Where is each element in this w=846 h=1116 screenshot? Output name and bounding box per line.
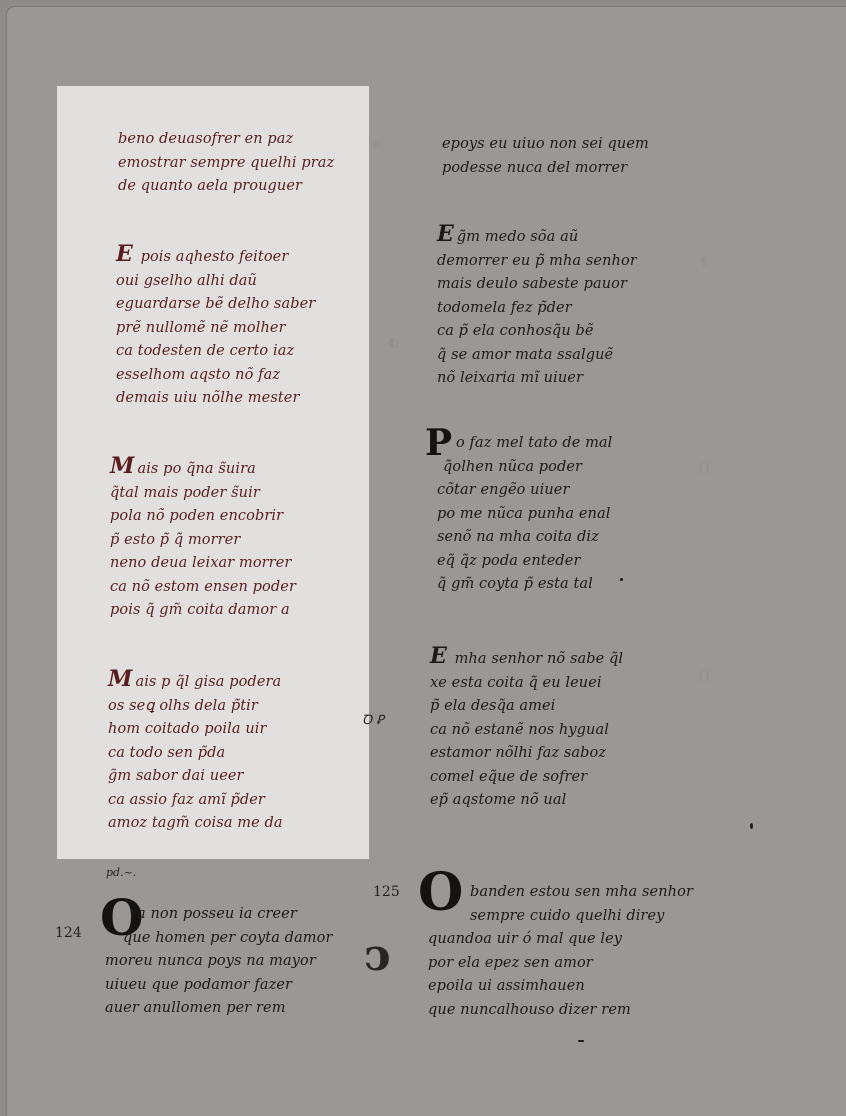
verse-line: sempre cuido quelhi direy [428, 905, 693, 929]
verse-line: po me nũca punha enal [437, 503, 612, 527]
right-stanza-2: Eg̃m medo sõa aũ demorrer eu p̃ mha senh… [437, 223, 637, 391]
verse-line: banden estou sen mha senhor [428, 881, 693, 905]
verse-line: ra non posseu ia creer [105, 903, 333, 927]
verse-line: q̃tal mais poder s̃uir [110, 482, 296, 506]
verse-line: que homen per coyta damor [105, 927, 333, 951]
verse-line: E mha senhor nõ sabe q̃l [430, 645, 623, 672]
verse-line: E pois aqhesto feitoer [116, 243, 315, 270]
stanza-initial: E [437, 221, 454, 247]
verse-line: moreu nunca poys na mayor [105, 950, 333, 974]
verse-line: emostrar sempre quelhi praz [118, 152, 334, 176]
verse-line: todomela fez p̃der [437, 297, 637, 321]
verse-line: epoila ui assimhauen [428, 975, 693, 999]
flourish-ornament: ↄ [364, 930, 391, 981]
verse-line: Eg̃m medo sõa aũ [437, 223, 637, 250]
verse-line: oui gselho alhi daũ [116, 270, 315, 294]
verse-line: o faz mel tato de mal [437, 432, 612, 456]
verse-line: beno deuasofrer en paz [118, 128, 334, 152]
verse-line: demais uiu nõlhe mester [116, 387, 315, 411]
stanza-initial: E [430, 643, 447, 669]
verse-line: Mais po q̃na s̃uira [110, 455, 296, 482]
verse-line: uiueu que podamor fazer [105, 974, 333, 998]
stanza-initial: E [116, 241, 133, 267]
verse-line: eguardarse bẽ delho saber [116, 293, 315, 317]
verse-line: os seꝗ olhs dela p̃tir [108, 695, 283, 719]
show-through-mark: ¶ [700, 255, 708, 269]
verse-line: q̃ se amor mata ssalguẽ [437, 344, 637, 368]
verse-line: q̃olhen nũca poder [437, 456, 612, 480]
verse-line: senõ na mha coita diz [437, 526, 612, 550]
verse-line: ca p̃ ela conhosq̃u bẽ [437, 320, 637, 344]
verse-line: ca nõ estom ensen poder [110, 576, 296, 600]
stanza-initial: M [108, 666, 132, 692]
right-stanza-4: E mha senhor nõ sabe q̃l xe esta coita q… [430, 645, 623, 813]
verse-line: ca assio faz amĩ p̃der [108, 789, 283, 813]
verse-line: prẽ nullomẽ nẽ molher [116, 317, 315, 341]
verse-line: cõtar engẽo uiuer [437, 479, 612, 503]
verse-line: por ela epez sen amor [428, 952, 693, 976]
poem-number-124: 124 [55, 925, 82, 941]
verse-line: p̃ ela desq̃a amei [430, 695, 623, 719]
verse-line: comel eq̃ue de sofrer [430, 766, 623, 790]
marginal-note: pd.~. [106, 866, 136, 879]
verse-line: hom coitado poila uir [108, 718, 283, 742]
left-stanza-4: Mais p q̃l gisa podera os seꝗ olhs dela … [108, 668, 283, 836]
verse-line: epoys eu uiuo non sei quem [442, 133, 649, 157]
verse-line: Mais p q̃l gisa podera [108, 668, 283, 695]
ink-dot [750, 823, 753, 829]
left-stanza-3: Mais po q̃na s̃uira q̃tal mais poder s̃u… [110, 455, 296, 623]
stanza-initial: M [110, 453, 134, 479]
verse-line: ca todo sen p̃da [108, 742, 283, 766]
verse-line: estamor nõlhi faz saboz [430, 742, 623, 766]
verse-line: mais deulo sabeste pauor [437, 273, 637, 297]
verse-line: que nuncalhouso dizer rem [428, 999, 693, 1023]
show-through-mark: {] [697, 460, 709, 474]
verse-line: q̃ gm̃ coyta p̃ esta tal [437, 573, 612, 597]
verse-line: eq̃ q̃z poda enteder [437, 550, 612, 574]
show-through-initial: 𝔅 [372, 138, 381, 153]
verse-line: p̃ esto p̃ q̃ morrer [110, 529, 296, 553]
poem-number-125: 125 [373, 884, 400, 900]
verse-line: neno deua leixar morrer [110, 552, 296, 576]
margin-ornament: Ꝺ Ꝑ [362, 710, 384, 728]
left-stanza-2: E pois aqhesto feitoer oui gselho alhi d… [116, 243, 315, 411]
right-stanza-1: epoys eu uiuo non sei quem podesse nuca … [442, 133, 649, 180]
verse-line: ca todesten de certo iaz [116, 340, 315, 364]
verse-line: ep̃ aqstome nõ ual [430, 789, 623, 813]
left-stanza-1: beno deuasofrer en paz emostrar sempre q… [118, 128, 334, 199]
verse-line: xe esta coita q̃ eu leuei [430, 672, 623, 696]
show-through-initial: ◐ [388, 335, 398, 349]
verse-line: de quanto aela prouguer [118, 175, 334, 199]
verse-line: demorrer eu p̃ mha senhor [437, 250, 637, 274]
verse-line: nõ leixaria mĩ uiuer [437, 367, 637, 391]
verse-line: quandoa uir ó mal que ley [428, 928, 693, 952]
verse-line: podesse nuca del morrer [442, 157, 649, 181]
verse-line: ca nõ estanẽ nos hygual [430, 719, 623, 743]
verse-line: esselhom aqsto nõ faz [116, 364, 315, 388]
ink-dash [578, 1040, 584, 1042]
poem-125: banden estou sen mha senhor sempre cuido… [428, 881, 693, 1022]
show-through-mark: {] [697, 668, 709, 682]
verse-line: pola nõ poden encobrir [110, 505, 296, 529]
verse-line: amoz tagm̃ coisa me da [108, 812, 283, 836]
verse-line: pois q̃ gm̃ coita damor a [110, 599, 296, 623]
ink-dot [620, 578, 623, 581]
right-stanza-3: o faz mel tato de mal q̃olhen nũca poder… [437, 432, 612, 597]
verse-line: auer anullomen per rem [105, 997, 333, 1021]
verse-line: g̃m sabor dai ueer [108, 765, 283, 789]
poem-124: ra non posseu ia creer que homen per coy… [105, 903, 333, 1021]
